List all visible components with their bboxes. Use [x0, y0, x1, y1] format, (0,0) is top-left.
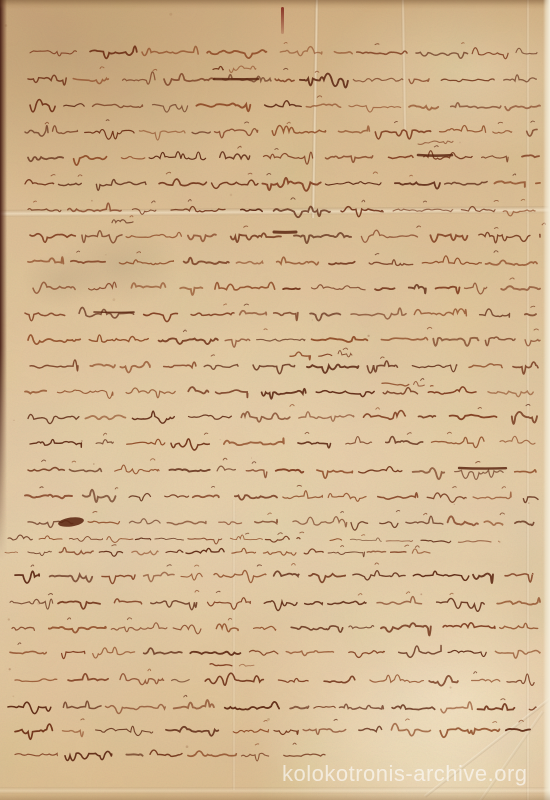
- page-edge-shadow-left: [0, 0, 7, 560]
- page-edge-light-right: [543, 0, 550, 800]
- ink-speckles: [5, 13, 530, 748]
- page-edge-shadow-top: [0, 0, 550, 9]
- page-edge-shadow-bottom: [0, 790, 550, 800]
- ink-blob: [58, 516, 85, 529]
- red-ink-edge-mark: [281, 7, 284, 34]
- manuscript-photo: kolokotronis-archive.org: [0, 0, 550, 800]
- watermark-text: kolokotronis-archive.org: [282, 761, 528, 787]
- ink-lines: [5, 42, 546, 760]
- handwriting-layer: [0, 0, 550, 800]
